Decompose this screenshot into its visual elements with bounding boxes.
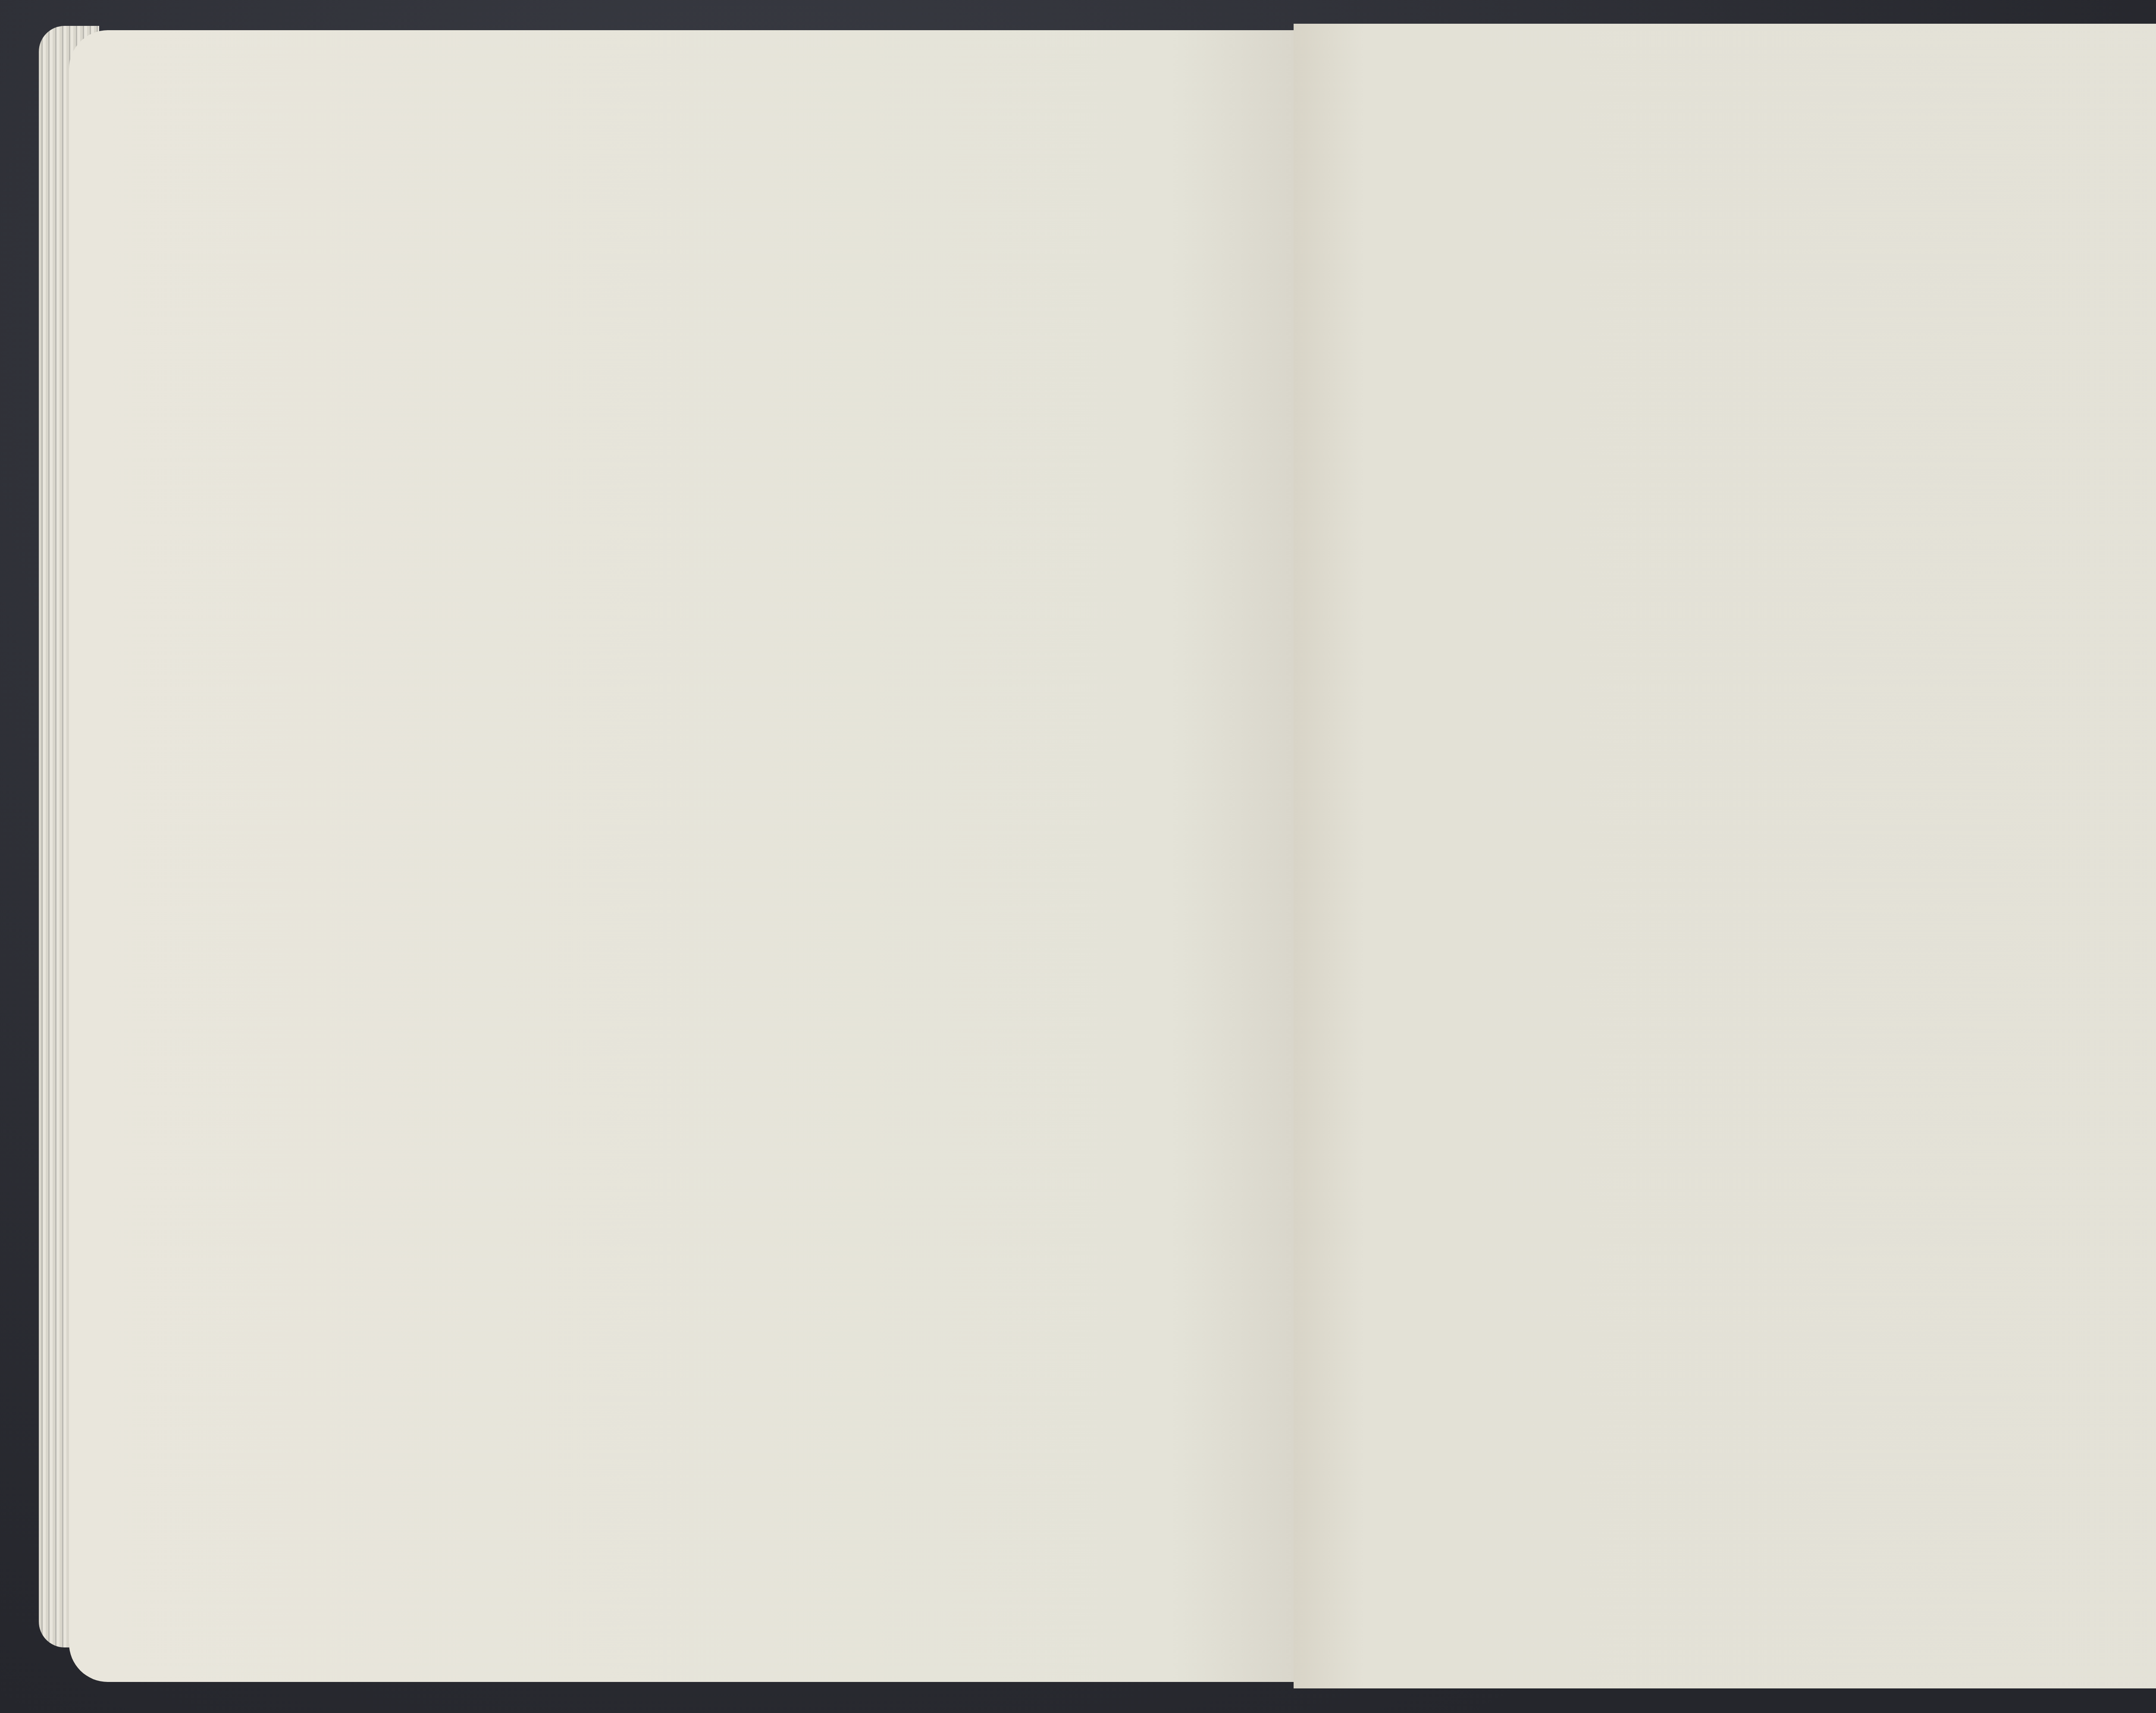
- right-page: [1294, 24, 2156, 1688]
- left-page: [69, 30, 1294, 1682]
